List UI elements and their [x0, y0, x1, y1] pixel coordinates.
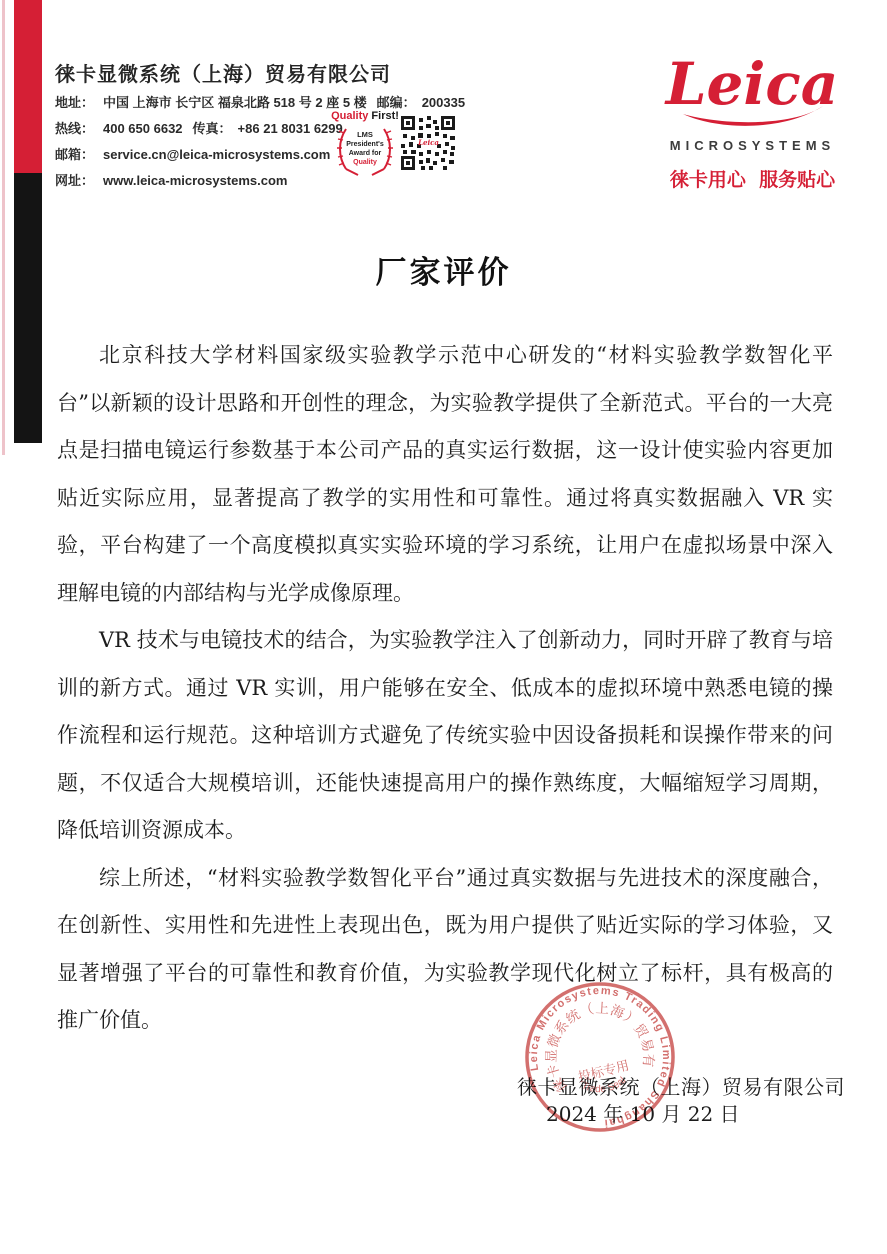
fax-value: +86 21 8031 6299 — [238, 121, 343, 136]
document-body: 北京科技大学材料国家级实验教学示范中心研发的“材料实验教学数智化平台”以新颖的设… — [57, 332, 833, 1045]
badge-line-presidents: President's — [346, 141, 384, 148]
left-red-bar — [14, 0, 42, 173]
website-label: 网址： — [55, 170, 103, 189]
logo-tagline: 徕卡用心 服务贴心 — [655, 165, 850, 192]
letterhead-company-name: 徕卡显微系统（上海）贸易有限公司 — [55, 58, 391, 87]
email-label: 邮箱： — [55, 144, 103, 163]
zip-value: 200335 — [422, 95, 465, 110]
left-black-bar — [14, 173, 42, 443]
address-label: 地址： — [55, 92, 103, 111]
svg-text:Leica: Leica — [417, 138, 439, 147]
badge-line-award: Award for — [349, 150, 382, 157]
quality-award-badge: Quality First! LMS President's Award for… — [330, 110, 400, 184]
page-edge-line — [2, 0, 5, 455]
paragraph-2: VR 技术与电镜技术的结合，为实验教学注入了创新动力，同时开辟了教育与培训的新方… — [57, 617, 833, 855]
website-value: www.leica-microsystems.com — [103, 173, 288, 188]
website-row: 网址： www.leica-microsystems.com — [55, 170, 465, 196]
document-page: 徕卡显微系统（上海）贸易有限公司 地址： 中国 上海市 长宁区 福泉北路 518… — [0, 0, 887, 1254]
badge-line-quality: Quality — [353, 159, 377, 166]
logo-block: Leica MICROSYSTEMS 徕卡用心 服务贴心 — [655, 46, 850, 192]
first-word: First! — [368, 110, 399, 122]
hotline-value: 400 650 6632 — [103, 121, 183, 136]
microsystems-text: MICROSYSTEMS — [655, 138, 850, 153]
email-value: service.cn@leica-microsystems.com — [103, 147, 330, 162]
document-title: 厂家评价 — [0, 247, 887, 292]
qr-code-icon: Leica — [399, 114, 457, 172]
hotline-label: 热线： — [55, 118, 103, 137]
quality-word: Quality — [331, 110, 368, 122]
address-value: 中国 上海市 长宁区 福泉北路 518 号 2 座 5 楼 — [103, 92, 367, 111]
badge-line-lms: LMS — [357, 130, 373, 139]
quality-first-text: Quality First! — [330, 110, 400, 122]
paragraph-1: 北京科技大学材料国家级实验教学示范中心研发的“材料实验教学数智化平台”以新颖的设… — [57, 332, 833, 617]
paragraph-3: 综上所述，“材料实验教学数智化平台”通过真实数据与先进技术的深度融合，在创新性、… — [57, 855, 833, 1045]
leica-wordmark: Leica — [664, 50, 839, 118]
fax-label: 传真： — [193, 118, 232, 137]
company-seal-stamp: Leica Microsystems Trading Limited Shang… — [520, 977, 680, 1137]
leica-logo-icon: Leica — [655, 46, 850, 136]
laurel-wreath-icon: LMS President's Award for Quality — [332, 123, 398, 179]
zip-label: 邮编： — [377, 92, 416, 111]
